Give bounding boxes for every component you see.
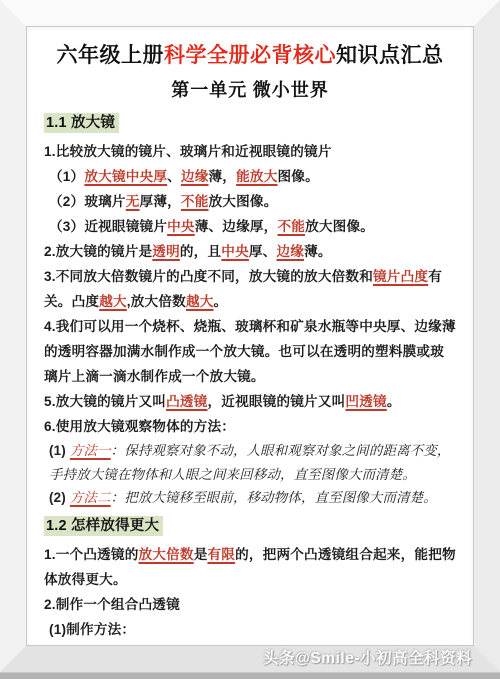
text-segment: (1)	[49, 443, 70, 458]
text-segment: 2.制作一个组合凸透镜	[44, 597, 180, 612]
section-heading: 1.2 怎样放得更大	[44, 512, 456, 540]
text-segment: 。	[214, 294, 228, 309]
text-segment: 的，且	[180, 244, 221, 259]
text-segment: 3.不同放大倍数镜片的凸度不同，放大镜的放大倍数和	[44, 269, 373, 284]
paragraph: 2.放大镜的镜片是透明的，且中央厚、边缘薄。	[44, 239, 456, 264]
highlighted-term: 透明	[152, 244, 180, 259]
highlighted-term: 边缘	[181, 169, 209, 184]
text-segment: 、	[167, 169, 181, 184]
text-segment: 2.放大镜的镜片是	[44, 244, 152, 259]
text-segment: 1.比较放大镜的镜片、玻璃片和近视眼镜的镜片	[44, 144, 332, 159]
text-segment: 厚薄，	[140, 194, 181, 209]
text-segment: (1)制作方法：	[49, 622, 135, 637]
text-segment: 薄，	[209, 169, 237, 184]
highlighted-term: 越大	[186, 294, 214, 309]
picture-frame: 六年级上册科学全册必背核心知识点汇总 第一单元 微小世界 1.1 放大镜1.比较…	[0, 0, 500, 672]
section-heading: 1.1 放大镜	[44, 109, 456, 137]
highlighted-term: 不能	[277, 219, 305, 234]
highlighted-term: 放大镜中央厚	[84, 169, 167, 184]
highlighted-term: 不能	[181, 194, 209, 209]
highlighted-term: 放大倍数	[139, 547, 194, 562]
text-segment: 放大图像。	[209, 194, 278, 209]
text-segment: 图像。	[278, 169, 319, 184]
text-segment: 六年级上册	[57, 44, 165, 67]
highlighted-term: 方法一	[70, 443, 111, 458]
highlighted-term: 凹透镜	[345, 394, 386, 409]
highlighted-term: 科学全册必背核心	[164, 44, 336, 67]
paragraph: 6.使用放大镜观察物体的方法：	[44, 414, 456, 439]
text-segment: ，近视眼镜的镜片又叫	[207, 394, 345, 409]
text-segment: 6.使用放大镜观察物体的方法：	[44, 419, 235, 434]
text-segment: 薄。	[304, 244, 332, 259]
text-segment: 4.我们可以用一个烧杯、烧瓶、玻璃杯和矿泉水瓶等中央厚、边缘薄的透明容器加满水制…	[44, 319, 456, 384]
highlighted-term: 中央	[167, 219, 195, 234]
text-segment: ：把放大镜移至眼前，移动物体，直至图像大而清楚。	[111, 490, 437, 505]
highlighted-term: 无	[126, 194, 140, 209]
document-page: 六年级上册科学全册必背核心知识点汇总 第一单元 微小世界 1.1 放大镜1.比较…	[27, 27, 473, 645]
text-segment: （2）玻璃片	[49, 194, 126, 209]
paragraph: （3）近视眼镜镜片中央薄、边缘厚，不能放大图像。	[44, 214, 456, 239]
highlighted-term: 方法二	[70, 490, 111, 505]
text-segment: 放大图像。	[305, 219, 374, 234]
paragraph: （1）放大镜中央厚、边缘薄，能放大图像。	[44, 164, 456, 189]
paragraph: (1)制作方法：	[44, 617, 456, 642]
paragraph: 5.放大镜的镜片又叫凸透镜，近视眼镜的镜片又叫凹透镜。	[44, 389, 456, 414]
text-segment: （3）近视眼镜镜片	[49, 219, 167, 234]
highlighted-term: 越大	[99, 294, 127, 309]
highlighted-term: 能放大	[236, 169, 277, 184]
text-segment: 5.放大镜的镜片又叫	[44, 394, 166, 409]
watermark: 头条@Smile-小初高全科资料	[263, 646, 472, 668]
paragraph: （2）玻璃片无厚薄，不能放大图像。	[44, 189, 456, 214]
highlighted-term: 边缘	[276, 244, 304, 259]
highlighted-term: 中央	[221, 244, 249, 259]
highlighted-term: 凸透镜	[166, 394, 207, 409]
paragraph: 3.不同放大倍数镜片的凸度不同，放大镜的放大倍数和镜片凸度有关。凸度越大,放大倍…	[44, 264, 456, 314]
text-segment: 知识点汇总	[336, 44, 444, 67]
page-title: 六年级上册科学全册必背核心知识点汇总	[44, 41, 456, 71]
text-segment: ,放大倍数	[127, 294, 186, 309]
text-segment: 是	[194, 547, 208, 562]
highlighted-term: 有限	[207, 547, 235, 562]
paragraph: (1) 方法一：保持观察对象不动，人眼和观察对象之间的距离不变，手持放大镜在物体…	[44, 439, 456, 486]
text-segment: （1）	[49, 169, 84, 184]
text-segment: 1.1 放大镜	[44, 113, 119, 133]
document-body: 1.1 放大镜1.比较放大镜的镜片、玻璃片和近视眼镜的镜片（1）放大镜中央厚、边…	[44, 109, 456, 642]
paragraph: 4.我们可以用一个烧杯、烧瓶、玻璃杯和矿泉水瓶等中央厚、边缘薄的透明容器加满水制…	[44, 314, 456, 389]
text-segment: 1.2 怎样放得更大	[44, 516, 163, 536]
paragraph: (2) 方法二：把放大镜移至眼前，移动物体，直至图像大而清楚。	[44, 486, 456, 510]
text-segment: 。	[387, 394, 401, 409]
text-segment: (2)	[49, 490, 70, 505]
text-segment: 1.一个凸透镜的	[44, 547, 139, 562]
text-segment: 薄、边缘厚，	[195, 219, 278, 234]
paragraph: 1.一个凸透镜的放大倍数是有限的，把两个凸透镜组合起来，能把物体放得更大。	[44, 542, 456, 592]
text-segment: 厚、	[249, 244, 277, 259]
highlighted-term: 镜片凸度	[373, 269, 428, 284]
unit-subtitle: 第一单元 微小世界	[44, 77, 456, 103]
paragraph: 1.比较放大镜的镜片、玻璃片和近视眼镜的镜片	[44, 139, 456, 164]
paragraph: 2.制作一个组合凸透镜	[44, 592, 456, 617]
